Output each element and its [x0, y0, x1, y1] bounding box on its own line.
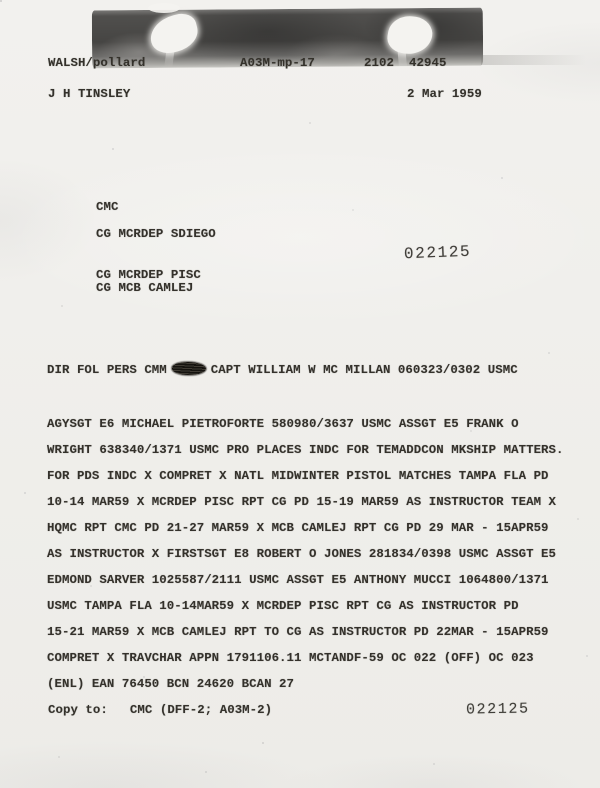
body-line-first: DIR FOL PERS CMMCAPT WILLIAM W MC MILLAN…: [47, 357, 587, 383]
body-line: 15-21 MAR59 X MCB CAMLEJ RPT TO CG AS IN…: [47, 619, 587, 645]
copy-to-line: Copy to:CMC (DFF-2; A03M-2): [48, 703, 272, 717]
body-line: EDMOND SARVER 1025587/2111 USMC ASSGT E5…: [47, 567, 587, 593]
control-number-stamp-top: 022125: [404, 243, 472, 264]
punch-hole-right: [385, 13, 435, 58]
date: 2 Mar 1959: [407, 87, 482, 101]
body-line: AS INSTRUCTOR X FIRSTSGT E8 ROBERT O JON…: [47, 541, 587, 567]
control-number-stamp-bottom: 022125: [466, 700, 530, 718]
drafter-name: WALSH/pollard: [48, 56, 145, 70]
body-line: COMPRET X TRAVCHAR APPN 1791106.11 MCTAN…: [47, 645, 587, 671]
addressee-info-2: CG MCRDEP PISC: [96, 268, 201, 282]
body-line: FOR PDS INDC X COMPRET X NATL MIDWINTER …: [47, 463, 587, 489]
scan-smudge-streak: [481, 55, 586, 65]
message-body: DIR FOL PERS CMMCAPT WILLIAM W MC MILLAN…: [47, 329, 587, 725]
body-line: USMC TAMPA FLA 10-14MAR59 X MCRDEP PISC …: [47, 593, 587, 619]
releaser-name: J H TINSLEY: [48, 87, 130, 101]
copy-to-label: Copy to:: [48, 703, 108, 717]
scanned-document-page: WALSH/pollard A03M-mp-17 2102 42945 J H …: [0, 0, 600, 788]
body-line-first-pre: DIR FOL PERS CMM: [47, 363, 167, 377]
body-line: AGYSGT E6 MICHAEL PIETROFORTE 580980/363…: [47, 411, 587, 437]
addressee-info-1: CG MCRDEP SDIEGO: [96, 227, 216, 241]
body-line: HQMC RPT CMC PD 21-27 MAR59 X MCB CAMLEJ…: [47, 515, 587, 541]
office-code: A03M-mp-17: [240, 56, 315, 70]
copy-to-value: CMC (DFF-2; A03M-2): [130, 703, 272, 717]
number-group-2: 42945: [409, 56, 446, 70]
scan-noise-speckles: [0, 0, 2, 2]
body-line-first-post: CAPT WILLIAM W MC MILLAN 060323/0302 USM…: [211, 363, 518, 377]
struck-out-word: [172, 362, 206, 375]
body-line: (ENL) EAN 76450 BCN 24620 BCAN 27: [47, 671, 587, 697]
addressee-info-3: CG MCB CAMLEJ: [96, 281, 193, 295]
tape-top-notch: [148, 3, 180, 13]
body-lines-list: AGYSGT E6 MICHAEL PIETROFORTE 580980/363…: [47, 411, 587, 697]
body-line: WRIGHT 638340/1371 USMC PRO PLACES INDC …: [47, 437, 587, 463]
body-line: 10-14 MAR59 X MCRDEP PISC RPT CG PD 15-1…: [47, 489, 587, 515]
number-group-1: 2102: [364, 56, 394, 70]
addressee-action: CMC: [96, 200, 118, 214]
